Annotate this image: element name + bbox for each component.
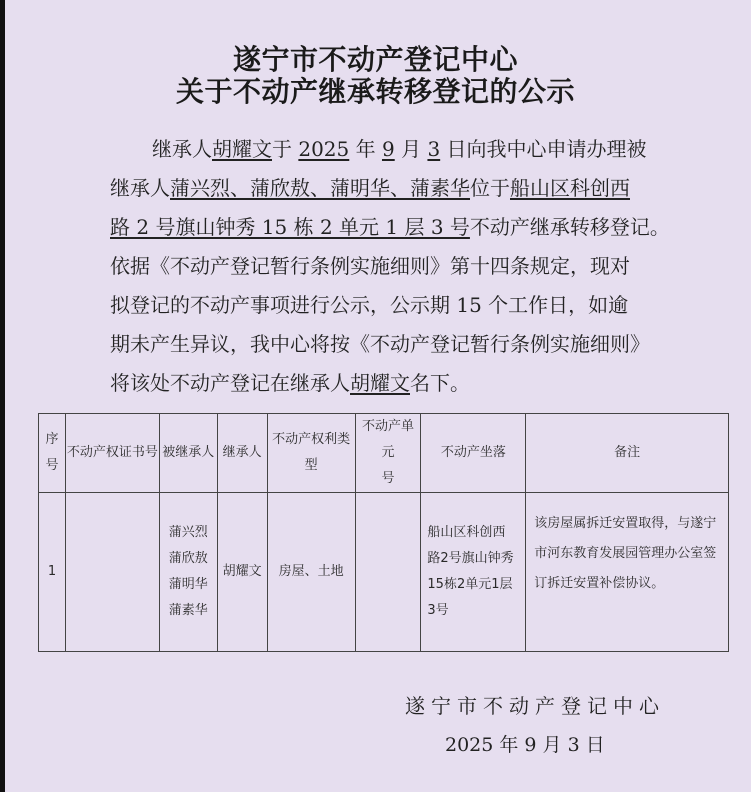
location-line: 3号 bbox=[427, 598, 519, 624]
cell-right-type: 房屋、土地 bbox=[267, 493, 355, 652]
text: 年 bbox=[349, 137, 382, 161]
signature-date: 2025 年 9 月 3 日 bbox=[445, 730, 605, 757]
notice-line-4: 依据《不动产登记暂行条例实施细则》第十四条规定，现对 bbox=[110, 247, 655, 286]
cell-unit-no bbox=[355, 493, 421, 652]
text: 不动产继承转移登记。 bbox=[470, 215, 670, 239]
text: 名下。 bbox=[410, 371, 470, 395]
table-header-row: 序号 不动产权证书号 被继承人 继承人 不动产权利类型 不动产单元号 不动产坐落… bbox=[39, 414, 729, 493]
cell-heir: 胡耀文 bbox=[217, 493, 267, 652]
text: 日向我中心申请办理被 bbox=[440, 137, 646, 161]
notice-body: 继承人胡耀文于 2025 年 9 月 3 日向我中心申请办理被 继承人蒲兴烈、蒲… bbox=[110, 130, 655, 403]
cell-cert-no bbox=[65, 493, 159, 652]
apply-day: 3 bbox=[427, 137, 440, 161]
apply-year: 2025 bbox=[298, 137, 349, 161]
cell-decedents: 蒲兴烈 蒲欣敖 蒲明华 蒲素华 bbox=[159, 493, 217, 652]
table-row: 1 蒲兴烈 蒲欣敖 蒲明华 蒲素华 胡耀文 房屋、土地 船山区科创西 路2号旗山… bbox=[39, 493, 729, 652]
decedent-names: 蒲兴烈、蒲欣敖、蒲明华、蒲素华 bbox=[170, 176, 470, 200]
decedent-name: 蒲素华 bbox=[160, 598, 217, 624]
text: 号 bbox=[356, 466, 421, 492]
location-line: 路2号旗山钟秀 bbox=[427, 546, 519, 572]
registration-table: 序号 不动产权证书号 被继承人 继承人 不动产权利类型 不动产单元号 不动产坐落… bbox=[38, 413, 729, 652]
text: 位于 bbox=[470, 176, 510, 200]
decedent-name: 蒲兴烈 bbox=[160, 520, 217, 546]
notice-line-5: 拟登记的不动产事项进行公示，公示期 15 个工作日，如逾 bbox=[110, 286, 655, 325]
title-subject: 关于不动产继承转移登记的公示 bbox=[0, 70, 751, 110]
cell-location: 船山区科创西 路2号旗山钟秀 15栋2单元1层 3号 bbox=[421, 493, 526, 652]
notice-line-2: 继承人蒲兴烈、蒲欣敖、蒲明华、蒲素华位于船山区科创西 bbox=[110, 169, 655, 208]
apply-month: 9 bbox=[382, 137, 395, 161]
col-header-heir: 继承人 bbox=[217, 414, 267, 493]
property-location-part2: 路 2 号旗山钟秀 15 栋 2 单元 1 层 3 号 bbox=[110, 215, 470, 239]
text: 将该处不动产登记在继承人 bbox=[110, 371, 350, 395]
col-header-decedent: 被继承人 bbox=[159, 414, 217, 493]
notice-line-3: 路 2 号旗山钟秀 15 栋 2 单元 1 层 3 号不动产继承转移登记。 bbox=[110, 208, 655, 247]
text: 序 bbox=[39, 427, 65, 453]
col-header-location: 不动产坐落 bbox=[421, 414, 526, 493]
text: 继承人 bbox=[152, 137, 212, 161]
text: 月 bbox=[395, 137, 428, 161]
notice-line-6: 期未产生异议，我中心将按《不动产登记暂行条例实施细则》 bbox=[110, 325, 655, 364]
location-line: 船山区科创西 bbox=[427, 520, 519, 546]
text: 号 bbox=[39, 453, 65, 479]
decedent-name: 蒲明华 bbox=[160, 572, 217, 598]
col-header-remarks: 备注 bbox=[526, 414, 729, 493]
signature-org: 遂宁市不动产登记中心 bbox=[405, 690, 665, 719]
col-header-unit-no: 不动产单元号 bbox=[355, 414, 421, 493]
text: 不动产权利类 bbox=[268, 427, 355, 453]
heir-name: 胡耀文 bbox=[212, 137, 272, 161]
cell-seq: 1 bbox=[39, 493, 66, 652]
col-header-seq: 序号 bbox=[39, 414, 66, 493]
notice-line-1: 继承人胡耀文于 2025 年 9 月 3 日向我中心申请办理被 bbox=[110, 130, 655, 169]
cell-remarks: 该房屋属拆迁安置取得，与遂宁市河东教育发展园管理办公室签订拆迁安置补偿协议。 bbox=[526, 493, 729, 652]
text: 不动产单元 bbox=[356, 414, 421, 466]
text: 继承人 bbox=[110, 176, 170, 200]
heir-name: 胡耀文 bbox=[350, 371, 410, 395]
location-line: 15栋2单元1层 bbox=[427, 572, 519, 598]
text: 型 bbox=[268, 453, 355, 479]
decedent-name: 蒲欣敖 bbox=[160, 546, 217, 572]
notice-line-7: 将该处不动产登记在继承人胡耀文名下。 bbox=[110, 364, 655, 403]
property-location-part1: 船山区科创西 bbox=[510, 176, 630, 200]
col-header-cert-no: 不动产权证书号 bbox=[65, 414, 159, 493]
col-header-right-type: 不动产权利类型 bbox=[267, 414, 355, 493]
text: 于 bbox=[272, 137, 298, 161]
